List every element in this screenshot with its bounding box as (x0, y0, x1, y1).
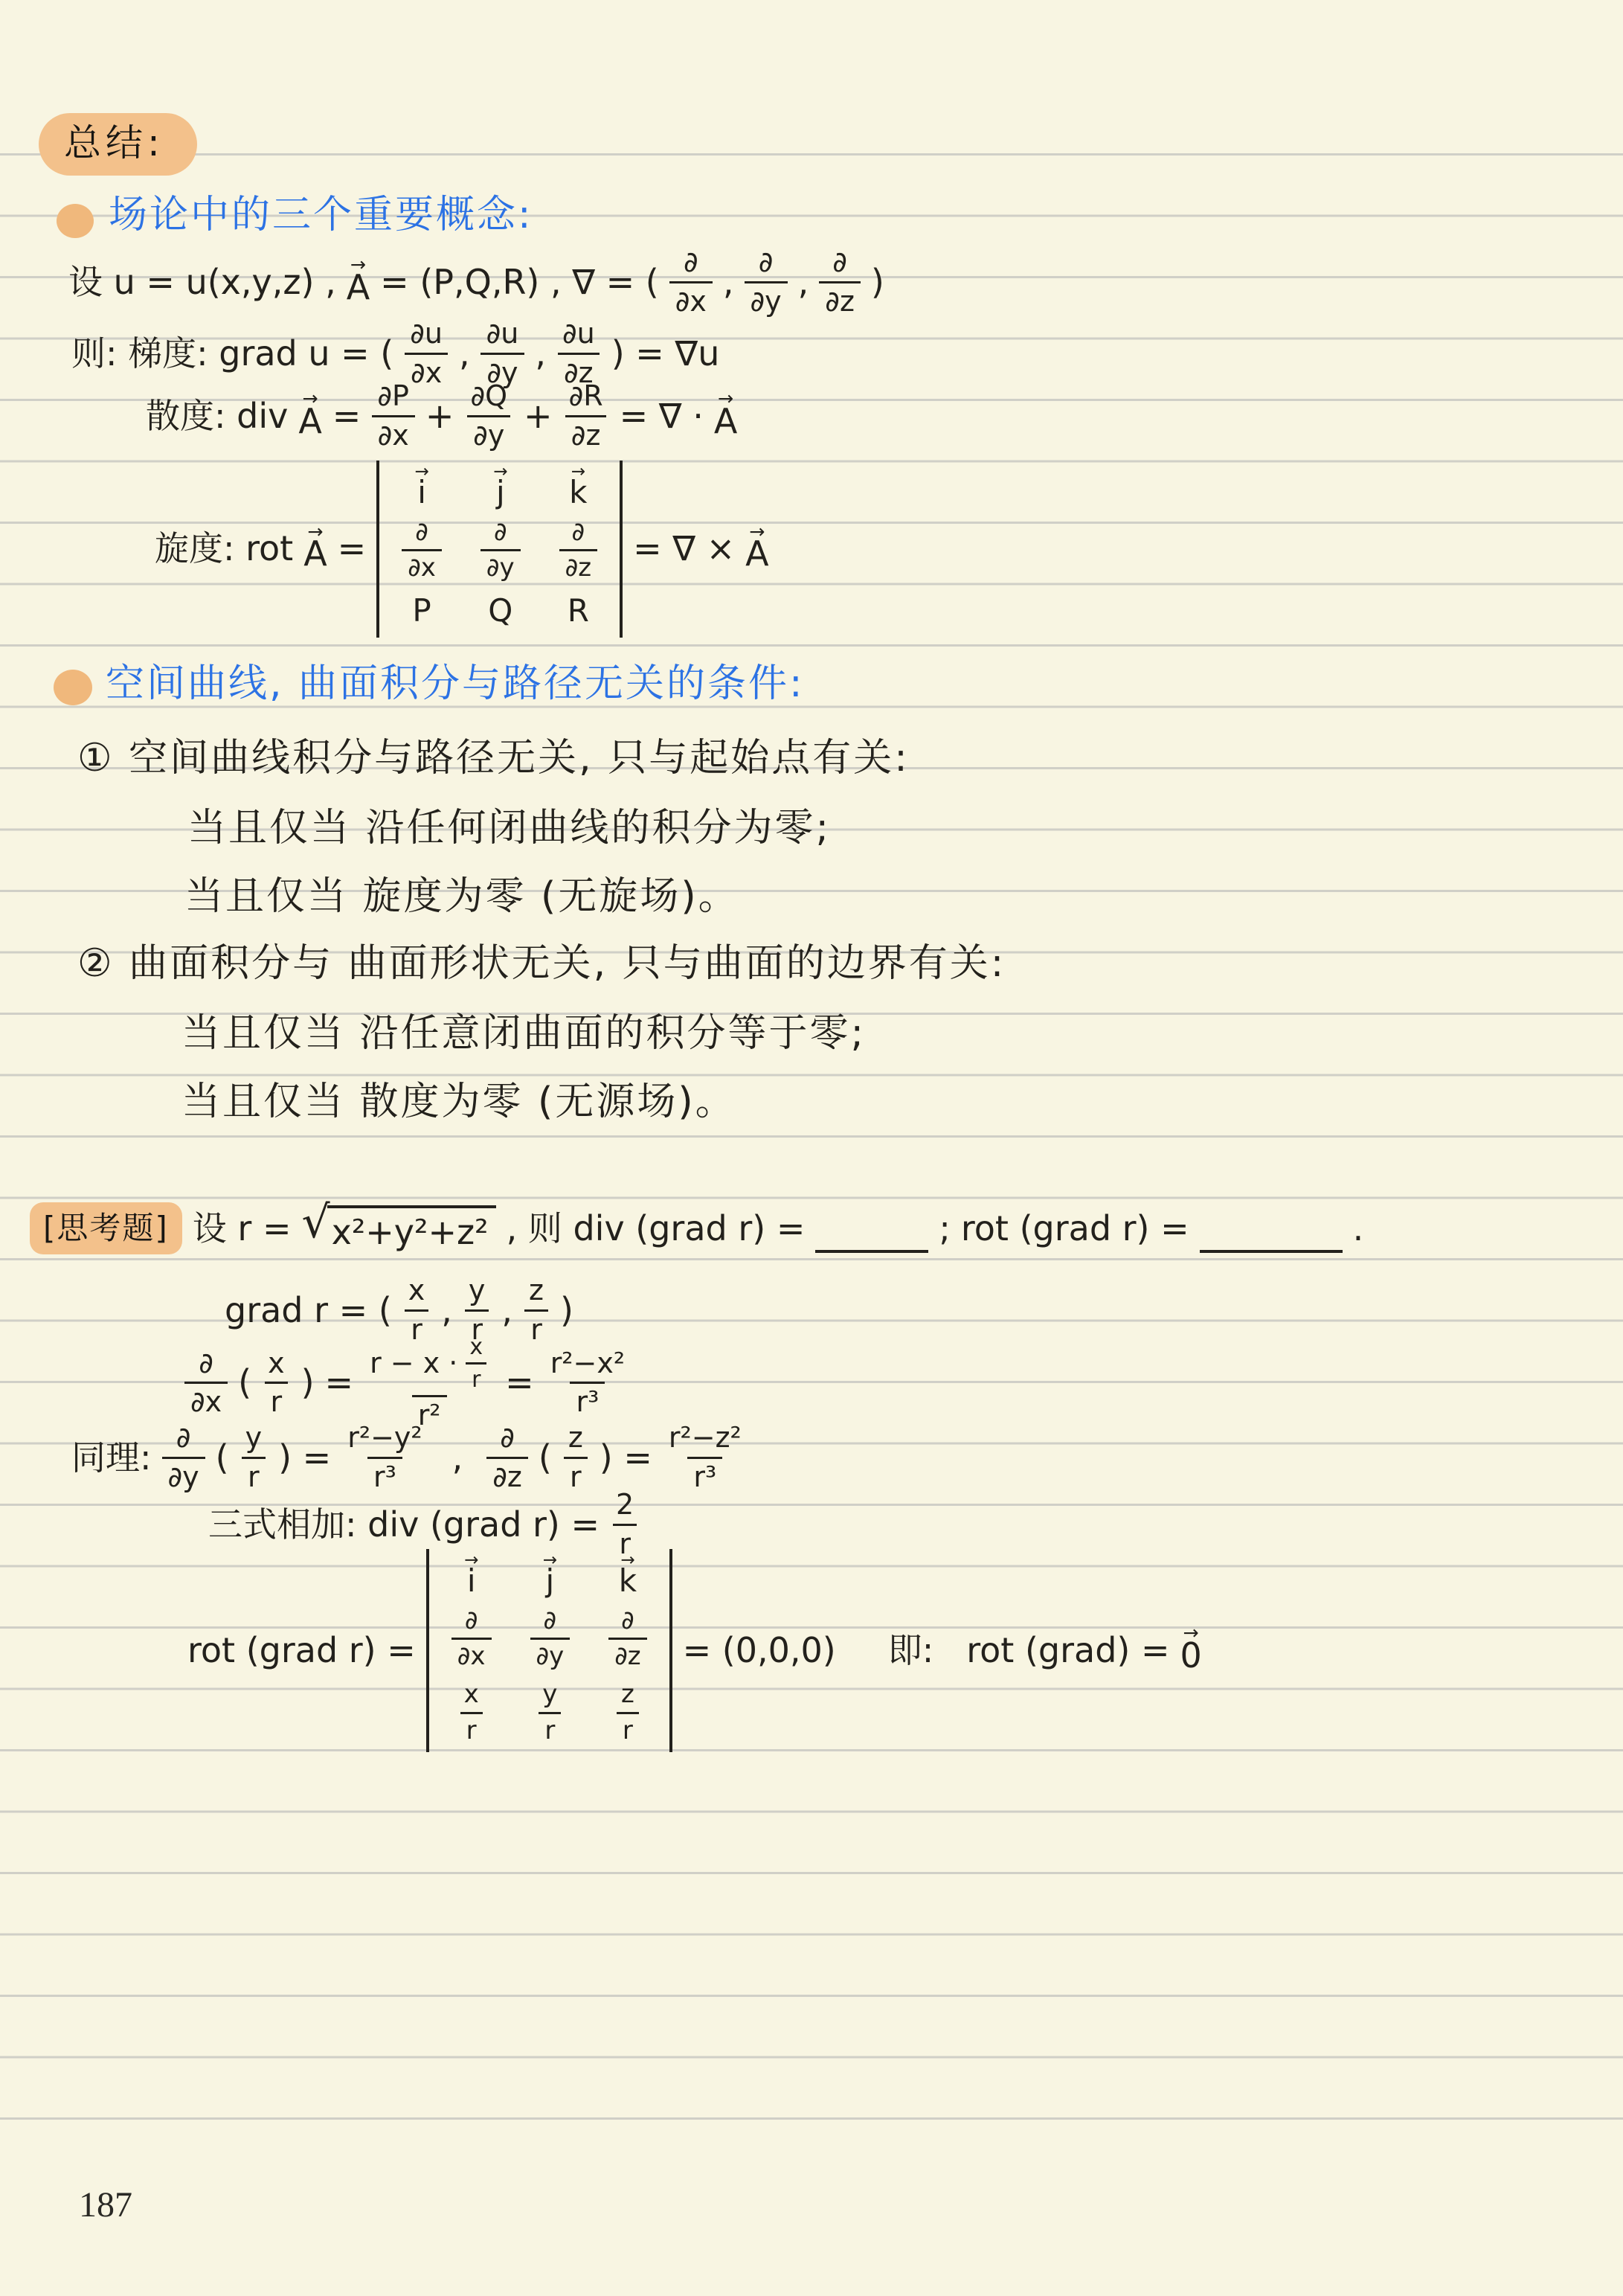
fraction-denominator: ∂x (372, 415, 415, 452)
semicolon: ; (939, 1208, 951, 1249)
fraction-numerator: ∂ (753, 247, 780, 281)
orange-bullet-icon (57, 204, 94, 238)
fraction-denominator: ∂y (530, 1638, 571, 1670)
fraction-denominator: r (460, 1712, 483, 1745)
step5-then: 即: (888, 1630, 934, 1671)
answer-blank-2 (1200, 1217, 1343, 1253)
condition-text: 当且仅当 沿任意闭曲面的积分等于零; (181, 1010, 866, 1056)
fraction-numerator: 2 (610, 1489, 640, 1524)
fraction-numerator: ∂u (481, 318, 525, 353)
fraction-numerator: ∂ (566, 519, 591, 549)
notebook-page: 总结: 场论中的三个重要概念: 设 u = u(x,y,z) , → A = (… (0, 0, 1623, 2296)
fraction-dQ-dy: ∂Q ∂y (464, 381, 513, 452)
condition-item-1b: 当且仅当 旋度为零 (无旋场)。 (184, 873, 739, 920)
unit-vector-i: → i (414, 468, 428, 508)
fraction-denominator: ∂x (451, 1638, 492, 1670)
exercise-label-highlight: [思考题] (30, 1202, 182, 1254)
fraction-numerator: z (562, 1423, 589, 1457)
fraction-denominator: r (539, 1712, 561, 1745)
period: . (1353, 1208, 1364, 1249)
fraction-numerator: y (240, 1423, 269, 1457)
fraction-d-dy: ∂ ∂y (162, 1423, 205, 1493)
comma: , (798, 262, 809, 303)
fraction-numerator: r²−y² (341, 1423, 428, 1457)
unit-vector-k: → k (569, 468, 587, 508)
unit-vector-k: → k (619, 1556, 637, 1597)
nabla-dot: = ∇ · (620, 396, 704, 437)
fraction-numerator: y (536, 1681, 563, 1711)
fraction-x-r: x r (262, 1348, 291, 1419)
fraction-dP-dx: ∂P ∂x (371, 381, 415, 452)
vector-a: → A (745, 527, 768, 571)
fraction-denominator: ∂y (745, 281, 788, 318)
fraction-d-dz: ∂ ∂z (559, 519, 597, 583)
setup-pre: 设 u = u(x,y,z) , (68, 262, 336, 303)
fraction-numerator: ∂ (459, 1607, 484, 1638)
fraction-dR-dz: ∂R ∂z (563, 381, 609, 452)
exercise-q2: rot (grad r) = (961, 1208, 1189, 1249)
close-equals: ) = (278, 1437, 331, 1478)
fraction-denominator: ∂z (559, 549, 597, 582)
vector-letter: A (745, 536, 768, 571)
fraction-denominator: ∂z (565, 415, 607, 452)
condition-item-2a: 当且仅当 沿任意闭曲面的积分等于零; (181, 1010, 866, 1056)
fraction-d-dz: ∂ ∂z (819, 247, 861, 318)
fraction-denominator: ∂y (467, 415, 510, 452)
fraction-d-dx: ∂ ∂x (451, 1607, 492, 1671)
vector-a: → A (347, 260, 370, 304)
open-paren: ( (216, 1437, 229, 1478)
fraction-denominator: ∂z (486, 1457, 528, 1493)
fraction-numerator: ∂ (494, 1423, 521, 1457)
fraction-denominator: r (265, 1382, 289, 1418)
fraction-denominator: ∂y (481, 549, 521, 582)
condition-item-1a: 当且仅当 沿任何闭曲线的积分为零; (187, 805, 831, 851)
fraction-numerator: ∂Q (464, 381, 513, 415)
comma: , (441, 1290, 452, 1331)
step5-lhs: rot (grad r) = (187, 1630, 416, 1671)
rot-label: 旋度: rot (155, 528, 293, 569)
fraction-numerator: ∂ (170, 1423, 197, 1457)
div-label: 散度: div (146, 396, 288, 437)
fraction-d-dx: ∂ ∂x (669, 247, 713, 318)
fraction-denominator: r³ (367, 1457, 402, 1493)
fraction-numerator: ∂ (488, 519, 513, 549)
det-cell-Q: Q (488, 592, 512, 629)
answer-blank-1 (815, 1217, 928, 1253)
nabla-cross: = ∇ × (633, 528, 735, 569)
summary-title: 总结: (64, 121, 164, 164)
page-number: 187 (79, 2184, 132, 2225)
step5-rhs: rot (grad) = (966, 1630, 1169, 1671)
fraction-result-x: r²−x² r³ (544, 1348, 631, 1419)
curl-formula: 旋度: rot → A = → i → j → k ∂ ∂x ∂ (155, 455, 769, 643)
fraction-denominator: ∂y (162, 1457, 205, 1493)
open-paren: ( (539, 1437, 552, 1478)
unit-vector-j: → j (493, 468, 507, 508)
square-root: √ x²+y²+z² (301, 1205, 495, 1252)
det-cell-P: P (412, 592, 431, 629)
fraction-x-r: x r (463, 1335, 489, 1392)
fraction-denominator: r (466, 1362, 486, 1392)
gradient-formula: 则: 梯度: grad u = ( ∂u ∂x , ∂u ∂y , ∂u ∂z … (71, 318, 719, 389)
fraction-numerator: z (615, 1681, 640, 1711)
fraction-denominator: r³ (570, 1382, 605, 1418)
fraction-numerator: ∂ (193, 1348, 219, 1382)
setup-formula: 设 u = u(x,y,z) , → A = (P,Q,R) , ∇ = ( ∂… (68, 247, 884, 318)
condition-item-2: ② 曲面积分与 曲面形状无关, 只与曲面的边界有关: (77, 940, 1006, 987)
vector-a: → A (298, 394, 321, 438)
fraction-numerator: ∂ (615, 1607, 640, 1638)
vector-letter: A (303, 536, 327, 571)
concepts-heading-row: 场论中的三个重要概念: (109, 192, 533, 238)
conditions-heading: 空间曲线, 曲面积分与路径无关的条件: (106, 661, 805, 707)
comma: , (459, 333, 470, 374)
open-paren: ( (238, 1362, 251, 1403)
vector-letter: k (569, 477, 587, 508)
equals: = (325, 1362, 354, 1403)
vector-letter: k (619, 1565, 637, 1597)
vector-letter: i (417, 477, 426, 508)
fraction-z-r: z r (615, 1681, 640, 1745)
fraction-denominator: r (564, 1457, 588, 1493)
conditions-heading-row: 空间曲线, 曲面积分与路径无关的条件: (106, 661, 805, 707)
zero-vector: → 0 (1180, 1629, 1202, 1673)
comma: , (501, 1290, 512, 1331)
fraction-numerator: ∂u (556, 318, 601, 353)
fraction-denominator: r (617, 1712, 639, 1745)
condition-text: ① 空间曲线积分与路径无关, 只与起始点有关: (77, 735, 910, 781)
exercise-step5: rot (grad r) = → i → j → k ∂ ∂x ∂ ∂y (187, 1549, 1202, 1752)
fraction-du-dz: ∂u ∂z (556, 318, 601, 389)
fraction-denominator: ∂z (819, 281, 861, 318)
fraction-x-r: x r (458, 1681, 485, 1745)
fraction-numerator: r²−z² (663, 1423, 748, 1457)
fraction-d-dx: ∂ ∂x (184, 1348, 228, 1419)
fraction-numerator: x (402, 1275, 431, 1309)
condition-item-2b: 当且仅当 散度为零 (无源场)。 (181, 1079, 736, 1125)
fraction-denominator: ∂z (608, 1638, 646, 1670)
vector-letter: A (714, 404, 737, 438)
equals: = (505, 1362, 534, 1403)
numerator-text: r − x · (370, 1348, 457, 1379)
unit-vector-i: → i (464, 1556, 478, 1597)
fraction-denominator: ∂x (184, 1382, 228, 1418)
condition-text: ② 曲面积分与 曲面形状无关, 只与曲面的边界有关: (77, 940, 1006, 987)
exercise-intro: 设 r = (193, 1208, 292, 1249)
close-paren: ) (560, 1290, 573, 1331)
fraction-numerator: r − x · x r (364, 1335, 495, 1395)
plus: + (524, 396, 553, 437)
fraction-d-dx: ∂ ∂x (402, 519, 442, 583)
fraction-numerator: x (458, 1681, 485, 1711)
close-paren: ) (871, 262, 884, 303)
fraction-d-dy: ∂ ∂y (745, 247, 788, 318)
radicand: x²+y²+z² (327, 1205, 496, 1252)
fraction-numerator: r²−x² (544, 1348, 631, 1382)
summary-title-row: 总结: (39, 113, 197, 176)
fraction-z-r: z r (562, 1423, 589, 1493)
fraction-numerator: ∂u (404, 318, 449, 353)
close-equals: ) = (600, 1437, 652, 1478)
fraction-numerator: ∂R (563, 381, 609, 415)
setup-mid: = (P,Q,R) , ∇ = ( (380, 262, 659, 303)
divergence-formula: 散度: div → A = ∂P ∂x + ∂Q ∂y + ∂R ∂z = ∇ … (146, 381, 737, 452)
fraction-result-y: r²−y² r³ (341, 1423, 428, 1493)
exercise-q1: , 则 div (grad r) = (507, 1208, 806, 1249)
exercise-label: [思考题] (43, 1210, 169, 1246)
vector-letter: 0 (1180, 1638, 1202, 1673)
comma: , (723, 262, 734, 303)
curl-determinant: → i → j → k ∂ ∂x ∂ ∂y ∂ ∂z (426, 1549, 672, 1752)
equals: = (338, 528, 367, 569)
step3-label: 同理: (71, 1437, 152, 1478)
grad-post: ) = ∇u (611, 333, 720, 374)
fraction-d-dz: ∂ ∂z (608, 1607, 646, 1671)
det-cell-R: R (568, 592, 589, 629)
fraction-numerator: x (262, 1348, 291, 1382)
step4-label: 三式相加: div (grad r) = (208, 1504, 600, 1545)
plus: + (425, 396, 454, 437)
close-paren: ) (301, 1362, 315, 1403)
step1-pre: grad r = ( (225, 1290, 392, 1331)
fraction-numerator: ∂ (538, 1607, 563, 1638)
concepts-heading: 场论中的三个重要概念: (109, 192, 533, 238)
condition-text: 当且仅当 散度为零 (无源场)。 (181, 1079, 736, 1125)
fraction-numerator: ∂P (371, 381, 415, 415)
fraction-numerator: ∂ (678, 247, 704, 281)
fraction-numerator: ∂ (409, 519, 434, 549)
fraction-d-dy: ∂ ∂y (530, 1607, 571, 1671)
fraction-numerator: y (463, 1275, 492, 1309)
fraction-numerator: x (463, 1335, 489, 1362)
vector-letter: j (496, 477, 505, 508)
fraction-denominator: r (242, 1457, 266, 1493)
fraction-denominator: ∂x (402, 549, 442, 582)
vector-a: → A (303, 527, 327, 571)
fraction-denominator: r³ (687, 1457, 722, 1493)
comma: , (452, 1437, 463, 1478)
grad-pre: 则: 梯度: grad u = ( (71, 333, 393, 374)
vector-a: → A (714, 394, 737, 438)
exercise-step2: ∂ ∂x ( x r ) = r − x · x r r² = r²−x² r³ (184, 1335, 631, 1431)
fraction-y-r: y r (536, 1681, 563, 1745)
fraction-du-dx: ∂u ∂x (404, 318, 449, 389)
fraction-denominator: ∂x (669, 281, 713, 318)
fraction-quotient: r − x · x r r² (364, 1335, 495, 1431)
step5-result: = (0,0,0) (683, 1630, 836, 1671)
fraction-numerator: ∂ (826, 247, 853, 281)
curl-determinant: → i → j → k ∂ ∂x ∂ ∂y ∂ ∂z P (376, 461, 623, 638)
equals: = (332, 396, 361, 437)
vector-letter: i (467, 1565, 476, 1597)
sqrt-icon: √ (301, 1205, 330, 1241)
vector-letter: j (546, 1565, 555, 1597)
fraction-result-z: r²−z² r³ (663, 1423, 748, 1493)
vector-letter: A (298, 404, 321, 438)
unit-vector-j: → j (543, 1556, 557, 1597)
fraction-numerator: z (523, 1275, 550, 1309)
summary-title-highlight: 总结: (39, 113, 197, 176)
condition-text: 当且仅当 旋度为零 (无旋场)。 (184, 873, 739, 920)
orange-bullet-icon (54, 670, 92, 705)
fraction-d-dz: ∂ ∂z (486, 1423, 528, 1493)
comma: , (535, 333, 546, 374)
fraction-y-r: y r (240, 1423, 269, 1493)
fraction-d-dy: ∂ ∂y (481, 519, 521, 583)
fraction-du-dy: ∂u ∂y (481, 318, 525, 389)
condition-item-1: ① 空间曲线积分与路径无关, 只与起始点有关: (77, 735, 910, 781)
condition-text: 当且仅当 沿任何闭曲线的积分为零; (187, 805, 831, 851)
vector-letter: A (347, 270, 370, 304)
exercise-problem: [思考题] 设 r = √ x²+y²+z² , 则 div (grad r) … (30, 1202, 1363, 1254)
exercise-step3: 同理: ∂ ∂y ( y r ) = r²−y² r³ , ∂ ∂z ( z r… (71, 1423, 748, 1493)
